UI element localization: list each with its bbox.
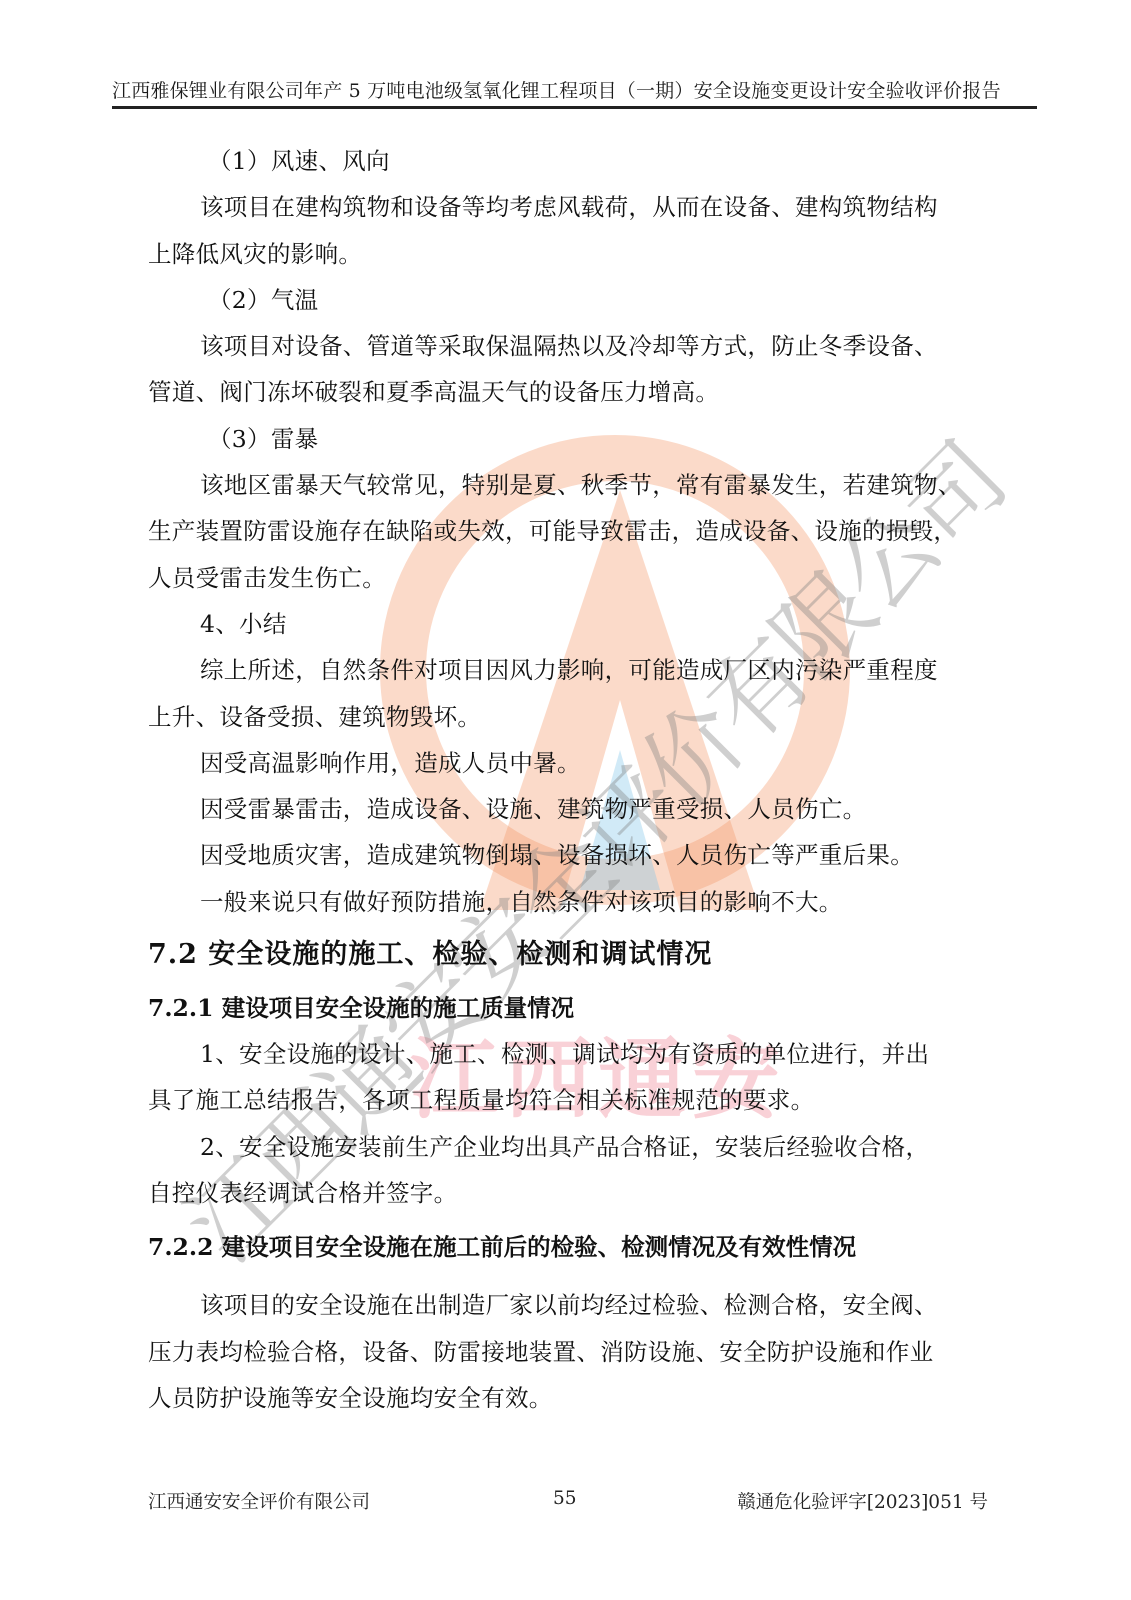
paragraph-line: 该项目的安全设施在出制造厂家以前均经过检验、检测合格，安全阀、 bbox=[148, 1282, 1008, 1328]
running-header: 江西雅保锂业有限公司年产 5 万吨电池级氢氧化锂工程项目（一期）安全设施变更设计… bbox=[112, 76, 1032, 103]
paragraph-line: 1、安全设施的设计、施工、检测、调试均为有资质的单位进行，并出 bbox=[148, 1031, 1008, 1077]
paragraph-line: 一般来说只有做好预防措施，自然条件对该项目的影响不大。 bbox=[148, 879, 1008, 925]
footer-doc-number: 赣通危化验评字[2023]051 号 bbox=[737, 1488, 988, 1514]
paragraph-line: 因受高温影响作用，造成人员中暑。 bbox=[148, 740, 1008, 786]
paragraph-line: 因受雷暴雷击，造成设备、设施、建筑物严重受损、人员伤亡。 bbox=[148, 786, 1008, 832]
paragraph-line: 人员防护设施等安全设施均安全有效。 bbox=[148, 1375, 1008, 1421]
section-heading-7-2-2: 7.2.2 建设项目安全设施在施工前后的检验、检测情况及有效性情况 bbox=[148, 1224, 1008, 1270]
paragraph-line: 该地区雷暴天气较常见，特别是夏、秋季节，常有雷暴发生，若建筑物、 bbox=[148, 462, 1008, 508]
footer-company: 江西通安安全评价有限公司 bbox=[148, 1488, 370, 1514]
paragraph-line: 上升、设备受损、建筑物毁坏。 bbox=[148, 694, 1008, 740]
paragraph-line: 综上所述，自然条件对项目因风力影响，可能造成厂区内污染严重程度 bbox=[148, 647, 1008, 693]
paragraph-line: 生产装置防雷设施存在缺陷或失效，可能导致雷击，造成设备、设施的损毁， bbox=[148, 508, 1008, 554]
document-page: 江西通安 江西通安安全评价有限公司 江西雅保锂业有限公司年产 5 万吨电池级氢氧… bbox=[0, 0, 1131, 1600]
paragraph-line: 人员受雷击发生伤亡。 bbox=[148, 555, 1008, 601]
paragraph-line: 该项目在建构筑物和设备等均考虑风载荷，从而在设备、建构筑物结构 bbox=[148, 184, 1008, 230]
item-title-temperature: （2）气温 bbox=[148, 277, 1008, 323]
section-heading-7-2-1: 7.2.1 建设项目安全设施的施工质量情况 bbox=[148, 985, 1008, 1031]
header-divider bbox=[112, 106, 1037, 109]
paragraph-line: 因受地质灾害，造成建筑物倒塌、设备损坏、人员伤亡等严重后果。 bbox=[148, 832, 1008, 878]
paragraph-line: 上降低风灾的影响。 bbox=[148, 231, 1008, 277]
paragraph-line: 自控仪表经调试合格并签字。 bbox=[148, 1170, 1008, 1216]
paragraph-line: 压力表均检验合格，设备、防雷接地装置、消防设施、安全防护设施和作业 bbox=[148, 1329, 1008, 1375]
paragraph-line: 该项目对设备、管道等采取保温隔热以及冷却等方式，防止冬季设备、 bbox=[148, 323, 1008, 369]
paragraph-line: 管道、阀门冻坏破裂和夏季高温天气的设备压力增高。 bbox=[148, 369, 1008, 415]
item-title-thunderstorm: （3）雷暴 bbox=[148, 416, 1008, 462]
paragraph-line: 2、安全设施安装前生产企业均出具产品合格证，安装后经验收合格， bbox=[148, 1124, 1008, 1170]
item-title-wind: （1）风速、风向 bbox=[148, 138, 1008, 184]
page-number: 55 bbox=[553, 1488, 577, 1509]
section-heading-7-2: 7.2 安全设施的施工、检验、检测和调试情况 bbox=[148, 929, 1008, 981]
paragraph-line: 具了施工总结报告，各项工程质量均符合相关标准规范的要求。 bbox=[148, 1077, 1008, 1123]
summary-title: 4、小结 bbox=[148, 601, 1008, 647]
document-body: （1）风速、风向 该项目在建构筑物和设备等均考虑风载荷，从而在设备、建构筑物结构… bbox=[148, 138, 1008, 1421]
